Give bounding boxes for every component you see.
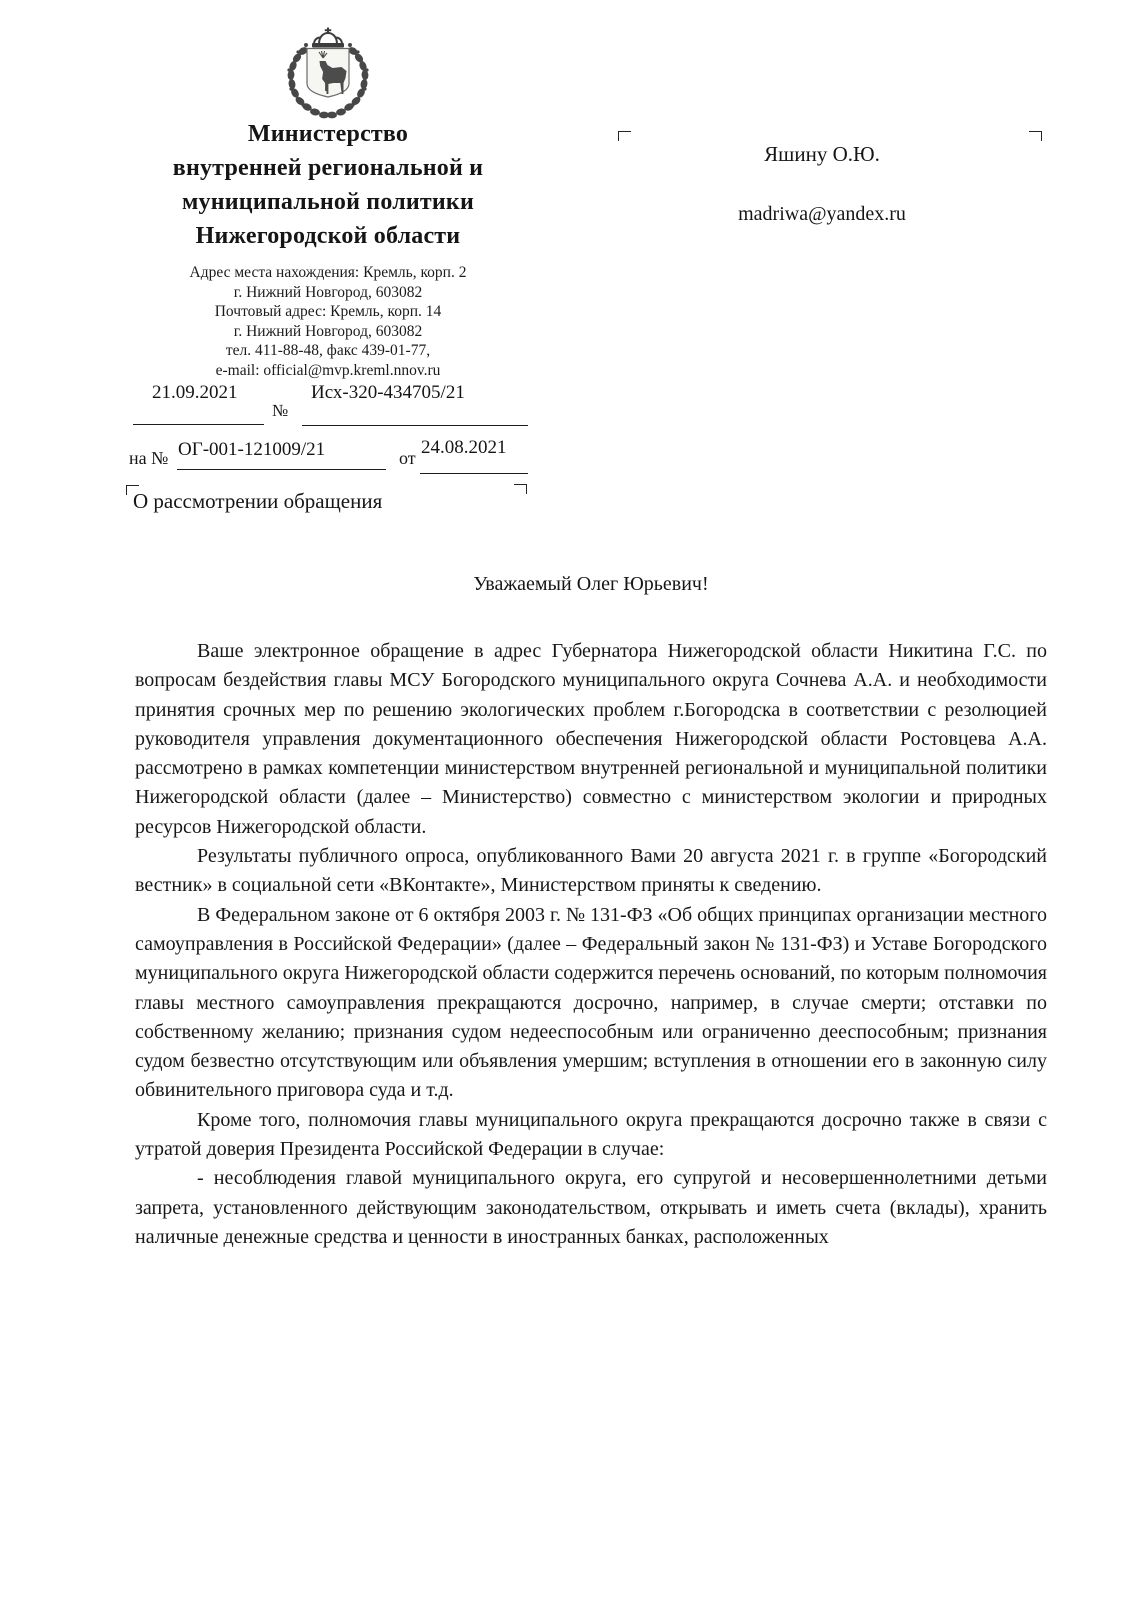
- ministry-name-line: Нижегородской области: [98, 219, 558, 253]
- recipient-name: Яшину О.Ю.: [607, 142, 1037, 167]
- reply-to-number: ОГ-001-121009/21: [178, 439, 325, 461]
- body-paragraph: В Федеральном законе от 6 октября 2003 г…: [135, 901, 1047, 1106]
- date-underline: [133, 424, 264, 425]
- address-line: г. Нижний Новгород, 603082: [98, 322, 558, 342]
- body-paragraph: Результаты публичного опроса, опубликова…: [135, 842, 1047, 901]
- address-line: Почтовый адрес: Кремль, корп. 14: [98, 302, 558, 322]
- letter-body: Уважаемый Олег Юрьевич! Ваше электронное…: [135, 573, 1047, 1252]
- address-line: Адрес места нахождения: Кремль, корп. 2: [98, 263, 558, 283]
- body-paragraph: Кроме того, полномочия главы муниципальн…: [135, 1106, 1047, 1165]
- reply-date-underline: [420, 473, 528, 474]
- number-underline: [302, 425, 528, 426]
- address-block: Адрес места нахождения: Кремль, корп. 2 …: [98, 263, 558, 381]
- reply-number-underline: [177, 469, 386, 470]
- corner-mark-recipient-right: [1029, 131, 1042, 141]
- reply-date: 24.08.2021: [421, 437, 507, 459]
- outgoing-date: 21.09.2021: [152, 382, 238, 404]
- address-line: г. Нижний Новгород, 603082: [98, 283, 558, 303]
- salutation: Уважаемый Олег Юрьевич!: [135, 573, 1047, 596]
- ministry-name: Министерство внутренней региональной и м…: [98, 117, 558, 253]
- recipient-email: madriwa@yandex.ru: [607, 203, 1037, 226]
- body-paragraph: - несоблюдения главой муниципального окр…: [135, 1164, 1047, 1252]
- address-line: тел. 411-88-48, факс 439-01-77,: [98, 341, 558, 361]
- letterhead: Министерство внутренней региональной и м…: [98, 25, 558, 381]
- outgoing-number: Исх-320-434705/21: [311, 382, 465, 404]
- ministry-name-line: Министерство: [98, 117, 558, 151]
- subject-line: О рассмотрении обращения: [133, 489, 382, 514]
- corner-mark-recipient-left: [618, 131, 631, 141]
- coat-of-arms-icon: [262, 25, 394, 121]
- recipient-block: Яшину О.Ю. madriwa@yandex.ru: [607, 142, 1037, 226]
- corner-mark-subject-right: [514, 484, 527, 494]
- number-sign: №: [272, 401, 288, 421]
- body-paragraph: Ваше электронное обращение в адрес Губер…: [135, 637, 1047, 842]
- reply-date-label: от: [399, 448, 416, 469]
- ministry-name-line: внутренней региональной и: [98, 151, 558, 185]
- reply-to-label: на №: [129, 448, 168, 469]
- address-line: e-mail: official@mvp.kreml.nnov.ru: [98, 361, 558, 381]
- scanned-letter-page: Министерство внутренней региональной и м…: [0, 0, 1130, 1600]
- ministry-name-line: муниципальной политики: [98, 185, 558, 219]
